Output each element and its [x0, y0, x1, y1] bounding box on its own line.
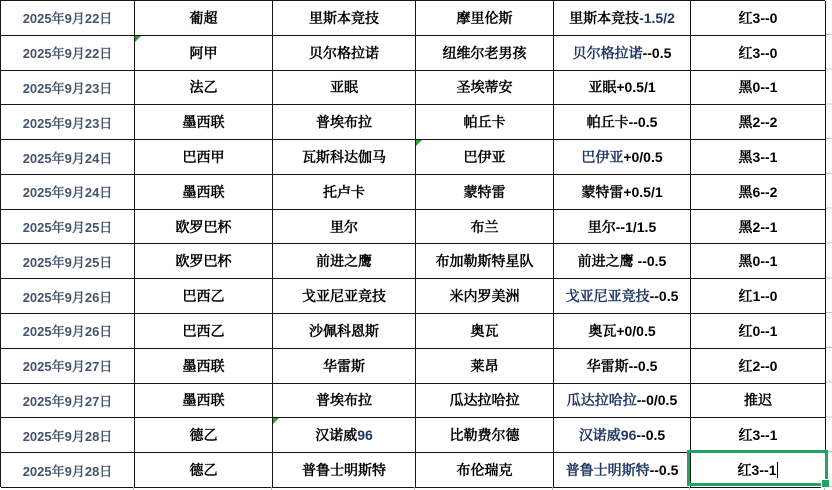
date-cell[interactable]: 2025年9月23日 — [1, 105, 135, 140]
date-text: 2025年9月25日 — [23, 217, 113, 236]
error-indicator-triangle — [135, 36, 141, 42]
away-team-cell[interactable]: 巴伊亚 — [416, 140, 554, 175]
home-team-cell[interactable]: 前进之鹰 — [273, 244, 416, 279]
away-team-text: 布加勒斯特星队 — [436, 251, 534, 271]
result-cell[interactable]: 红3--0 — [691, 1, 826, 36]
result-text: 黑3--1 — [739, 147, 778, 167]
home-team-text: 普鲁士明斯特 — [302, 460, 386, 480]
result-cell[interactable]: 红0--1 — [691, 314, 826, 349]
date-cell[interactable]: 2025年9月28日 — [1, 453, 135, 488]
away-team-text: 帕丘卡 — [464, 112, 506, 132]
handicap-team-text: 里斯本竞技 — [569, 8, 639, 28]
league-cell[interactable]: 巴西甲 — [135, 140, 273, 175]
league-cell[interactable]: 德乙 — [135, 453, 273, 488]
league-text: 德乙 — [190, 425, 218, 445]
home-team-cell[interactable]: 戈亚尼亚竞技 — [273, 279, 416, 314]
league-cell[interactable]: 欧罗巴杯 — [135, 210, 273, 245]
date-cell[interactable]: 2025年9月27日 — [1, 384, 135, 419]
handicap-team-text: 贝尔格拉诺 — [573, 43, 643, 63]
handicap-cell[interactable]: 帕丘卡--0.5 — [554, 105, 691, 140]
result-text: 红3--0 — [739, 8, 778, 28]
away-team-cell[interactable]: 蒙特雷 — [416, 175, 554, 210]
result-cell[interactable]: 红3--1 — [691, 453, 826, 488]
handicap-line-text: --0.5 — [636, 427, 665, 443]
date-text: 2025年9月26日 — [23, 321, 113, 340]
text-cursor — [777, 462, 778, 478]
away-team-text: 瓜达拉哈拉 — [450, 390, 520, 410]
handicap-team-text: 华雷斯 — [587, 356, 629, 376]
handicap-team-text: 前进之鹰 — [578, 251, 638, 271]
home-team-text: 普埃布拉 — [316, 390, 372, 410]
away-team-cell[interactable]: 比勒费尔德 — [416, 418, 554, 453]
result-cell[interactable]: 红3--1 — [691, 418, 826, 453]
home-team-text: 里斯本竞技 — [309, 8, 379, 28]
league-text: 巴西乙 — [183, 286, 225, 306]
date-cell[interactable]: 2025年9月28日 — [1, 418, 135, 453]
home-team-text: 普埃布拉 — [316, 112, 372, 132]
away-team-cell[interactable]: 圣埃蒂安 — [416, 71, 554, 106]
date-cell[interactable]: 2025年9月24日 — [1, 140, 135, 175]
result-text: 红0--1 — [739, 321, 778, 341]
away-team-cell[interactable]: 瓜达拉哈拉 — [416, 384, 554, 419]
home-team-cell[interactable]: 汉诺威96 — [273, 418, 416, 453]
result-cell[interactable]: 黑0--1 — [691, 244, 826, 279]
handicap-line-text: +0/0.5 — [616, 323, 655, 339]
away-team-cell[interactable]: 米内罗美洲 — [416, 279, 554, 314]
result-cell[interactable]: 黑2--2 — [691, 105, 826, 140]
date-text: 2025年9月23日 — [23, 78, 113, 97]
handicap-cell[interactable]: 汉诺威96--0.5 — [554, 418, 691, 453]
league-cell[interactable]: 阿甲 — [135, 36, 273, 71]
home-team-cell[interactable]: 托卢卡 — [273, 175, 416, 210]
handicap-line-text: --0.5 — [650, 462, 679, 478]
handicap-cell[interactable]: 巴伊亚+0/0.5 — [554, 140, 691, 175]
away-team-cell[interactable]: 布兰 — [416, 210, 554, 245]
outside-gridlines-right — [826, 0, 832, 487]
handicap-team-text: 亚眠 — [588, 77, 616, 97]
handicap-cell[interactable]: 里斯本竞技-1.5/2 — [554, 1, 691, 36]
handicap-cell[interactable]: 前进之鹰 --0.5 — [554, 244, 691, 279]
date-cell[interactable]: 2025年9月24日 — [1, 175, 135, 210]
handicap-team-text: 奥瓦 — [588, 321, 616, 341]
home-team-text: 瓦斯科达伽马 — [302, 147, 386, 167]
league-cell[interactable]: 墨西联 — [135, 105, 273, 140]
league-text: 欧罗巴杯 — [176, 217, 232, 237]
league-text: 墨西联 — [183, 182, 225, 202]
spreadsheet-table: 2025年9月22日 葡超 里斯本竞技 摩里伦斯 里斯本竞技-1.5/2 红3-… — [0, 0, 825, 487]
result-cell[interactable]: 黑6--2 — [691, 175, 826, 210]
home-team-cell[interactable]: 贝尔格拉诺 — [273, 36, 416, 71]
away-team-cell[interactable]: 布伦瑞克 — [416, 453, 554, 488]
league-text: 墨西联 — [183, 112, 225, 132]
result-text: 红1--0 — [739, 286, 778, 306]
away-team-cell[interactable]: 纽维尔老男孩 — [416, 36, 554, 71]
date-cell[interactable]: 2025年9月25日 — [1, 244, 135, 279]
date-text: 2025年9月26日 — [23, 287, 113, 306]
result-text: 红3--1 — [738, 460, 777, 480]
league-cell[interactable]: 欧罗巴杯 — [135, 244, 273, 279]
home-team-text: 戈亚尼亚竞技 — [302, 286, 386, 306]
date-cell[interactable]: 2025年9月22日 — [1, 36, 135, 71]
league-text: 墨西联 — [183, 356, 225, 376]
handicap-team-text: 帕丘卡 — [587, 112, 629, 132]
away-team-text: 莱昂 — [471, 356, 499, 376]
handicap-cell[interactable]: 里尔--1/1.5 — [554, 210, 691, 245]
result-text: 黑2--1 — [739, 217, 778, 237]
date-text: 2025年9月28日 — [23, 426, 113, 445]
error-indicator-triangle — [273, 418, 279, 424]
result-cell[interactable]: 黑3--1 — [691, 140, 826, 175]
date-text: 2025年9月24日 — [23, 148, 113, 167]
away-team-cell[interactable]: 摩里伦斯 — [416, 1, 554, 36]
league-text: 巴西甲 — [183, 147, 225, 167]
home-team-text: 华雷斯 — [323, 356, 365, 376]
away-team-text: 布伦瑞克 — [457, 460, 513, 480]
handicap-cell[interactable]: 瓜达拉哈拉--0/0.5 — [554, 384, 691, 419]
league-text: 墨西联 — [183, 390, 225, 410]
handicap-line-text: --0/0.5 — [637, 392, 677, 408]
handicap-cell[interactable]: 普鲁士明斯特--0.5 — [554, 453, 691, 488]
league-cell[interactable]: 墨西联 — [135, 175, 273, 210]
league-cell[interactable]: 巴西乙 — [135, 279, 273, 314]
result-text: 红3--1 — [739, 425, 778, 445]
date-text: 2025年9月22日 — [23, 8, 113, 27]
home-team-text: 汉诺威 — [315, 425, 357, 445]
league-text: 德乙 — [190, 460, 218, 480]
home-team-text: 亚眠 — [330, 77, 358, 97]
handicap-line-text: --0.5 — [650, 288, 679, 304]
handicap-team-text: 汉诺威96 — [579, 425, 637, 445]
league-text: 巴西乙 — [183, 321, 225, 341]
home-team-cell[interactable]: 里斯本竞技 — [273, 1, 416, 36]
home-team-cell[interactable]: 普鲁士明斯特 — [273, 453, 416, 488]
away-team-text: 比勒费尔德 — [450, 425, 520, 445]
result-text: 黑6--2 — [739, 182, 778, 202]
league-text: 法乙 — [190, 77, 218, 97]
league-cell[interactable]: 墨西联 — [135, 384, 273, 419]
away-team-cell[interactable]: 莱昂 — [416, 349, 554, 384]
date-text: 2025年9月27日 — [23, 391, 113, 410]
handicap-cell[interactable]: 奥瓦+0/0.5 — [554, 314, 691, 349]
date-text: 2025年9月22日 — [23, 43, 113, 62]
handicap-line-text: --0.5 — [643, 45, 672, 61]
away-team-text: 奥瓦 — [471, 321, 499, 341]
result-cell[interactable]: 推迟 — [691, 384, 826, 419]
home-team-suffix-text: 96 — [357, 427, 373, 443]
away-team-text: 圣埃蒂安 — [457, 77, 513, 97]
result-cell[interactable]: 黑0--1 — [691, 71, 826, 106]
handicap-cell[interactable]: 华雷斯--0.5 — [554, 349, 691, 384]
result-text: 红3--0 — [739, 43, 778, 63]
handicap-cell[interactable]: 戈亚尼亚竞技--0.5 — [554, 279, 691, 314]
handicap-line-text: --0.5 — [638, 253, 667, 269]
date-cell[interactable]: 2025年9月26日 — [1, 279, 135, 314]
handicap-cell[interactable]: 贝尔格拉诺--0.5 — [554, 36, 691, 71]
league-text: 欧罗巴杯 — [176, 251, 232, 271]
date-text: 2025年9月23日 — [23, 113, 113, 132]
league-cell[interactable]: 法乙 — [135, 71, 273, 106]
home-team-cell[interactable]: 亚眠 — [273, 71, 416, 106]
league-cell[interactable]: 德乙 — [135, 418, 273, 453]
home-team-cell[interactable]: 瓦斯科达伽马 — [273, 140, 416, 175]
handicap-cell[interactable]: 蒙特雷+0.5/1 — [554, 175, 691, 210]
handicap-cell[interactable]: 亚眠+0.5/1 — [554, 71, 691, 106]
league-text: 阿甲 — [190, 43, 218, 63]
away-team-text: 摩里伦斯 — [457, 8, 513, 28]
away-team-cell[interactable]: 帕丘卡 — [416, 105, 554, 140]
date-cell[interactable]: 2025年9月25日 — [1, 210, 135, 245]
handicap-line-text: +0/0.5 — [623, 149, 662, 165]
handicap-line-text: --1/1.5 — [616, 219, 656, 235]
home-team-cell[interactable]: 普埃布拉 — [273, 105, 416, 140]
result-cell[interactable]: 红2--0 — [691, 349, 826, 384]
away-team-text: 纽维尔老男孩 — [443, 43, 527, 63]
handicap-line-text: -1.5/2 — [639, 10, 675, 26]
result-text: 黑0--1 — [739, 251, 778, 271]
league-cell[interactable]: 墨西联 — [135, 349, 273, 384]
home-team-text: 前进之鹰 — [316, 251, 372, 271]
result-text: 推迟 — [744, 390, 772, 410]
home-team-text: 贝尔格拉诺 — [309, 43, 379, 63]
handicap-line-text: --0.5 — [629, 358, 658, 374]
away-team-cell[interactable]: 布加勒斯特星队 — [416, 244, 554, 279]
handicap-team-text: 戈亚尼亚竞技 — [566, 286, 650, 306]
result-text: 黑2--2 — [739, 112, 778, 132]
handicap-line-text: +0.5/1 — [616, 79, 655, 95]
result-text: 黑0--1 — [739, 77, 778, 97]
error-indicator-triangle — [416, 140, 422, 146]
home-team-cell[interactable]: 华雷斯 — [273, 349, 416, 384]
away-team-text: 蒙特雷 — [464, 182, 506, 202]
result-cell[interactable]: 红1--0 — [691, 279, 826, 314]
handicap-line-text: +0.5/1 — [623, 184, 662, 200]
handicap-team-text: 普鲁士明斯特 — [566, 460, 650, 480]
handicap-team-text: 里尔 — [588, 217, 616, 237]
fill-handle[interactable] — [821, 479, 830, 488]
date-cell[interactable]: 2025年9月23日 — [1, 71, 135, 106]
date-text: 2025年9月25日 — [23, 252, 113, 271]
handicap-team-text: 巴伊亚 — [581, 147, 623, 167]
away-team-text: 布兰 — [471, 217, 499, 237]
league-cell[interactable]: 葡超 — [135, 1, 273, 36]
home-team-text: 沙佩科恩斯 — [309, 321, 379, 341]
home-team-text: 托卢卡 — [323, 182, 365, 202]
result-cell[interactable]: 红3--0 — [691, 36, 826, 71]
away-team-cell[interactable]: 奥瓦 — [416, 314, 554, 349]
handicap-line-text: --0.5 — [629, 114, 658, 130]
date-text: 2025年9月24日 — [23, 182, 113, 201]
date-cell[interactable]: 2025年9月27日 — [1, 349, 135, 384]
away-team-text: 巴伊亚 — [464, 147, 506, 167]
result-text: 红2--0 — [739, 356, 778, 376]
home-team-cell[interactable]: 里尔 — [273, 210, 416, 245]
date-cell[interactable]: 2025年9月26日 — [1, 314, 135, 349]
league-cell[interactable]: 巴西乙 — [135, 314, 273, 349]
date-cell[interactable]: 2025年9月22日 — [1, 1, 135, 36]
away-team-text: 米内罗美洲 — [450, 286, 520, 306]
home-team-cell[interactable]: 沙佩科恩斯 — [273, 314, 416, 349]
home-team-text: 里尔 — [330, 217, 358, 237]
home-team-cell[interactable]: 普埃布拉 — [273, 384, 416, 419]
league-text: 葡超 — [190, 8, 218, 28]
result-cell[interactable]: 黑2--1 — [691, 210, 826, 245]
handicap-team-text: 蒙特雷 — [581, 182, 623, 202]
handicap-team-text: 瓜达拉哈拉 — [567, 390, 637, 410]
date-text: 2025年9月27日 — [23, 356, 113, 375]
date-text: 2025年9月28日 — [23, 461, 113, 480]
